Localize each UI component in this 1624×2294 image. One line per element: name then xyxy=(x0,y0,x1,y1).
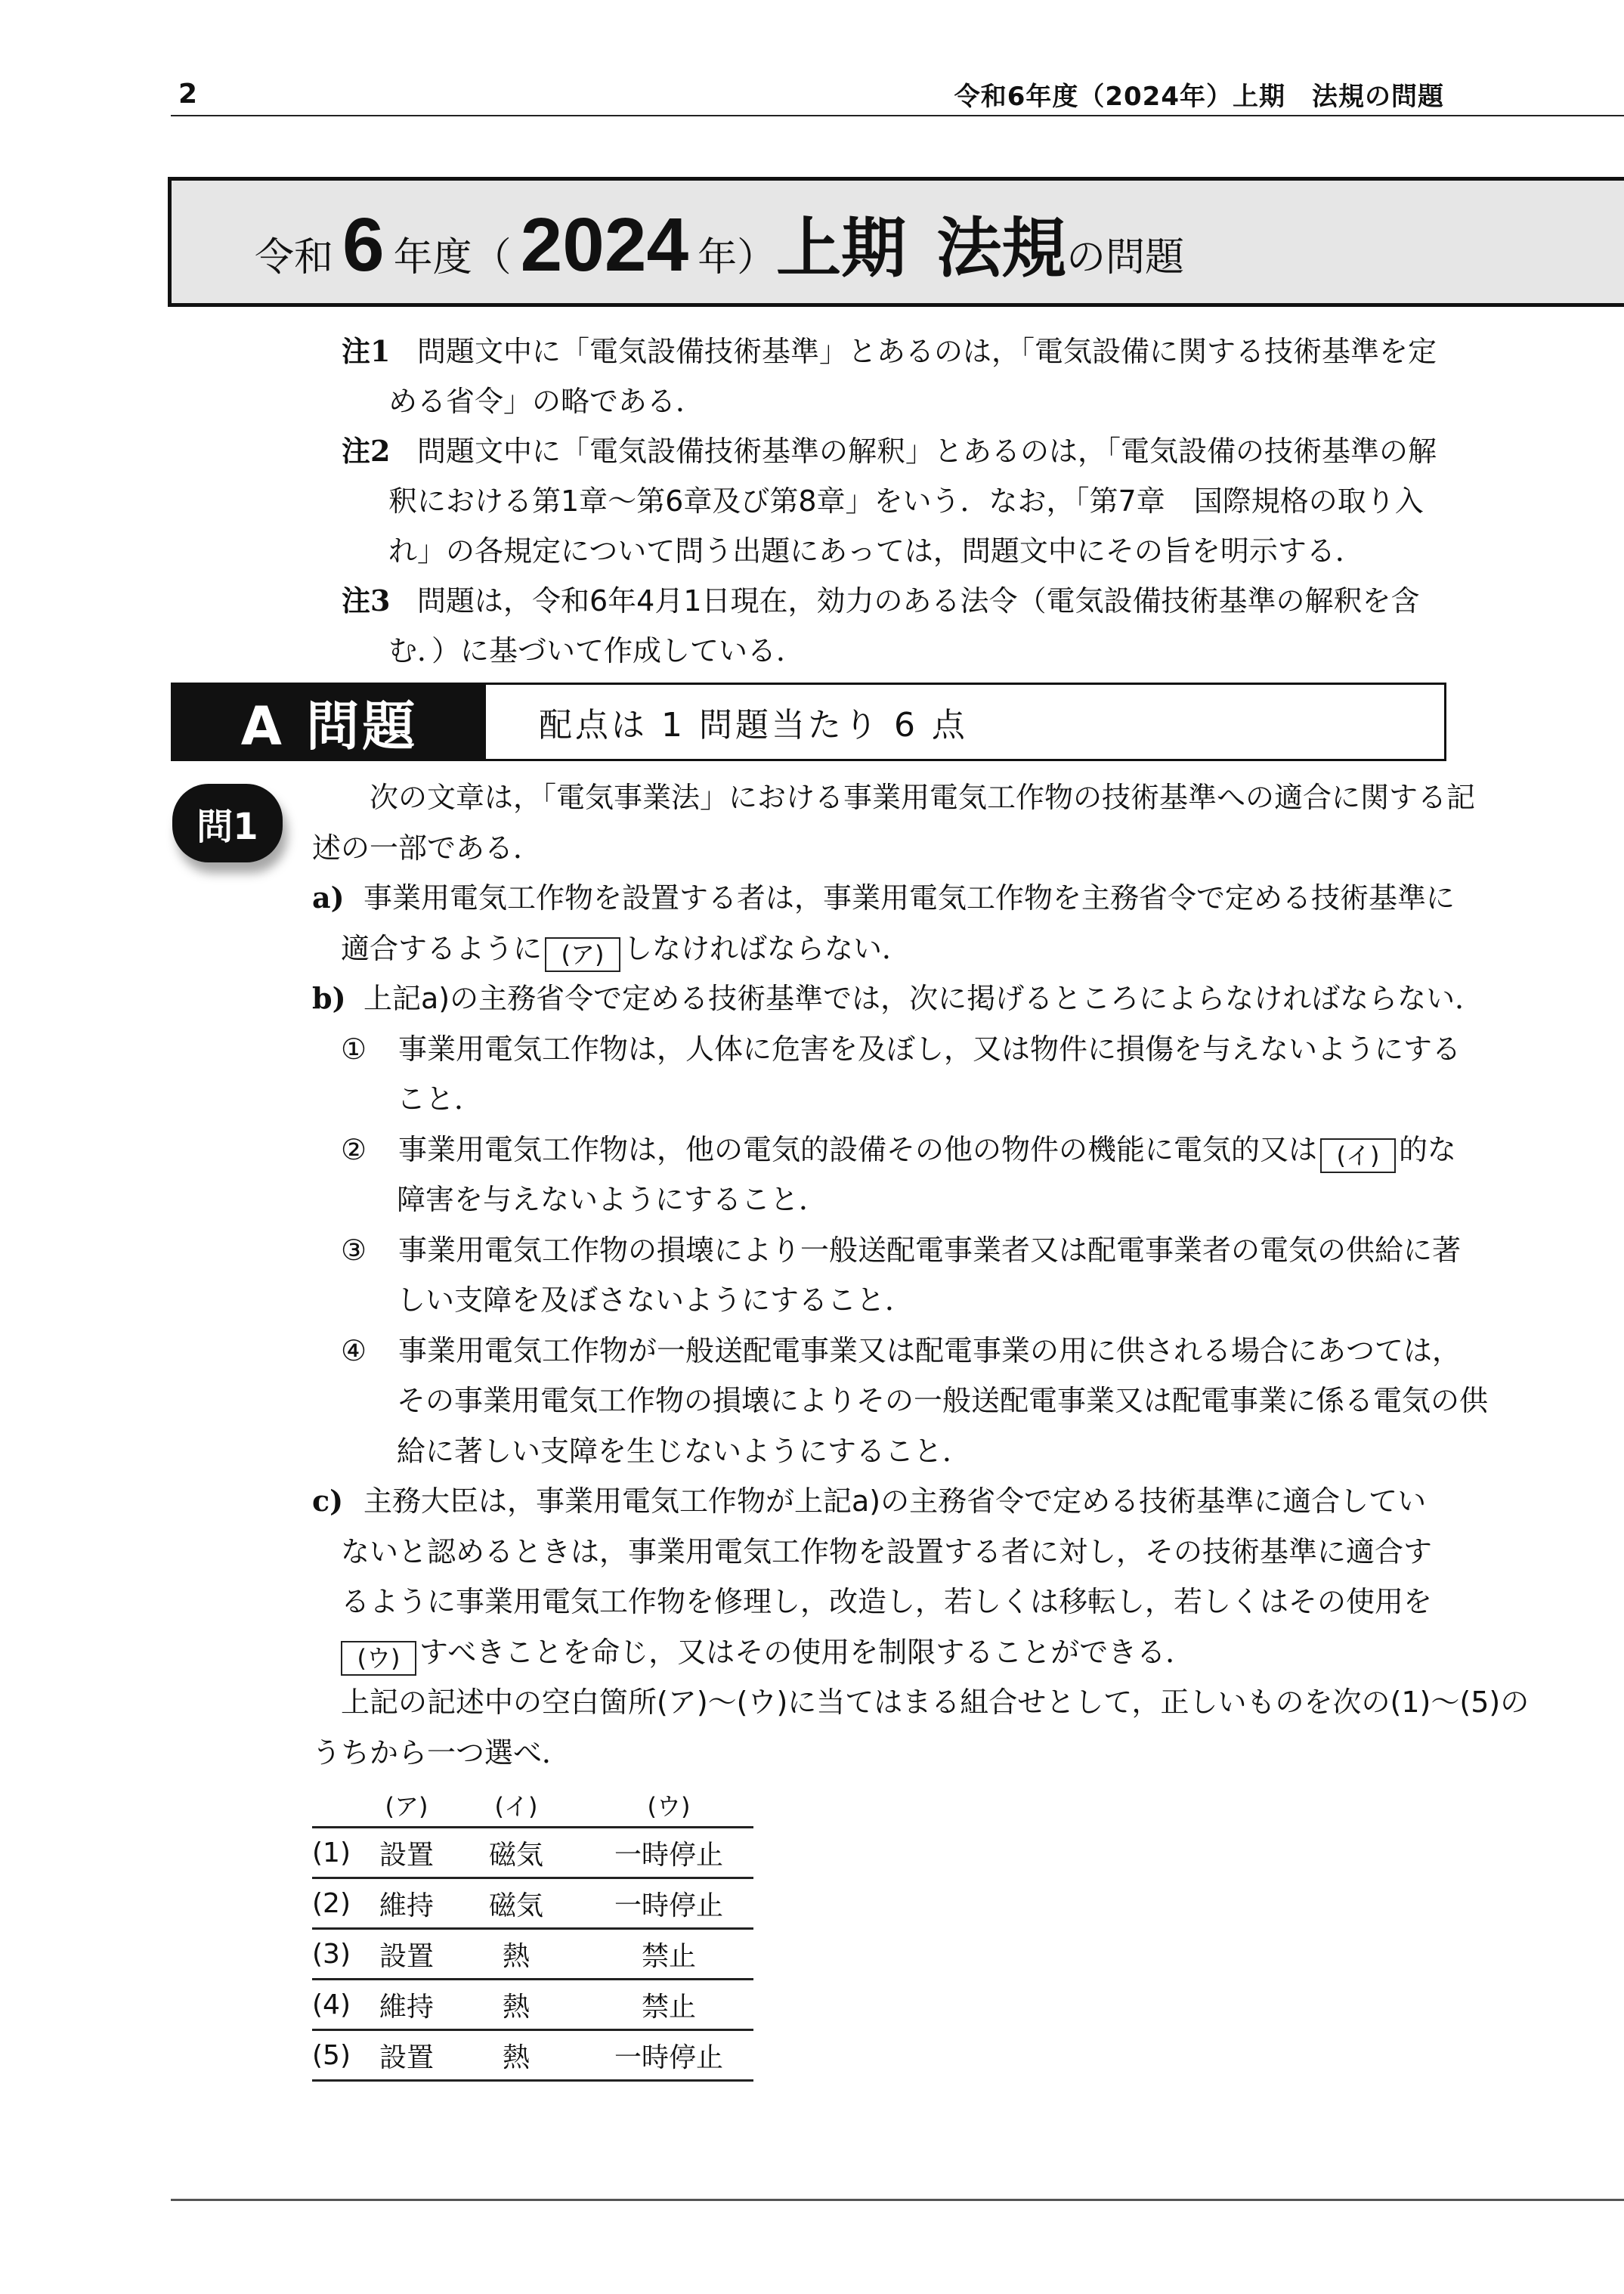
page-title-box: 令和 6 年度（ 2024 年） 上期 法規 の問題 xyxy=(168,177,1624,307)
item-text: 的な xyxy=(1399,1133,1456,1166)
clause-a-text: 適合するように xyxy=(341,932,542,965)
header-rule xyxy=(171,115,1624,116)
clause-c-line: c)主務大臣は，事業用電気工作物が上記a)の主務省令で定める技術基準に適合してい xyxy=(312,1476,1446,1527)
clause-c-text: すべきことを命じ，又はその使用を制限することができる． xyxy=(419,1636,1194,1669)
prompt-line: 上記の記述中の空白箇所(ア)～(ウ)に当てはまる組合せとして，正しいものを次の(… xyxy=(312,1677,1446,1728)
question-body: 次の文章は，「電気事業法」における事業用電気工作物の技術基準への適合に関する記 … xyxy=(312,772,1446,1778)
note-item: 注1問題文中に「電気設備技術基準」とあるのは，「電気設備に関する技術基準を定める… xyxy=(342,327,1445,426)
cell: 熱 xyxy=(448,1929,584,1980)
cell: 禁止 xyxy=(584,1929,753,1980)
clause-c-line: るように事業用電気工作物を修理し，改造し，若しくは移転し，若しくはその使用を xyxy=(312,1577,1446,1627)
item-mark: ① xyxy=(341,1024,398,1075)
title-suffix: の問題 xyxy=(1066,225,1184,282)
cell: 熱 xyxy=(448,2030,584,2081)
table-row[interactable]: (5) 設置 熱 一時停止 xyxy=(312,2030,753,2081)
note-item: 注3問題は，令和6年4月1日現在，効力のある法令（電気設備技術基準の解釈を含む．… xyxy=(342,576,1445,676)
title-subject: 法規 xyxy=(936,196,1066,289)
clause-b-text: 上記a)の主務省令で定める技術基準では，次に掲げるところによらなければならない． xyxy=(363,982,1483,1015)
cell: 設置 xyxy=(365,2030,448,2081)
answer-choices-table: (ア) (イ) (ウ) (1) 設置 磁気 一時停止 (2) 維持 磁気 一時停… xyxy=(312,1784,753,2082)
clause-c-line: ないと認めるときは，事業用電気工作物を設置する者に対し，その技術基準に適合す xyxy=(312,1527,1446,1577)
note-item: 注2問題文中に「電気設備技術基準の解釈」とあるのは，「電気設備の技術基準の解釈に… xyxy=(342,426,1445,576)
item-1-line: ①事業用電気工作物は，人体に危害を及ぼし，又は物件に損傷を与えないようにする xyxy=(312,1024,1446,1075)
title-term: 上期 xyxy=(776,196,906,289)
cell: 維持 xyxy=(365,1980,448,2030)
title-era: 令和 xyxy=(255,225,333,282)
item-4-line: 給に著しい支障を生じないようにすること． xyxy=(312,1426,1446,1477)
cell: 一時停止 xyxy=(584,1828,753,1878)
clause-b-label: b) xyxy=(312,974,363,1024)
notes-list: 注1問題文中に「電気設備技術基準」とあるのは，「電気設備に関する技術基準を定める… xyxy=(342,327,1445,676)
column-header: (ウ) xyxy=(584,1784,753,1828)
table-header-row: (ア) (イ) (ウ) xyxy=(312,1784,753,1828)
item-text: 事業用電気工作物の損壊により一般送配電事業者又は配電事業者の電気の供給に著 xyxy=(398,1234,1461,1267)
clause-a-text: しなければならない． xyxy=(623,932,911,965)
question-number-badge: 問1 xyxy=(172,784,283,862)
choice-number: (1) xyxy=(312,1828,365,1878)
blank-u-box: (ウ) xyxy=(341,1641,416,1676)
blank-i-box: (イ) xyxy=(1320,1138,1396,1173)
title-year-close: 年） xyxy=(698,225,776,282)
item-text: 事業用電気工作物が一般送配電事業又は配電事業の用に供される場合にあつては， xyxy=(398,1334,1461,1367)
cell: 禁止 xyxy=(584,1980,753,2030)
item-4-line: その事業用電気工作物の損壊によりその一般送配電事業又は配電事業に係る電気の供 xyxy=(312,1376,1446,1426)
clause-a-line: a)事業用電気工作物を設置する者は，事業用電気工作物を主務省令で定める技術基準に xyxy=(312,873,1446,924)
intro-line: 述の一部である． xyxy=(312,823,1446,874)
table-row[interactable]: (4) 維持 熱 禁止 xyxy=(312,1980,753,2030)
cell: 一時停止 xyxy=(584,2030,753,2081)
table-row[interactable]: (2) 維持 磁気 一時停止 xyxy=(312,1878,753,1929)
cell: 一時停止 xyxy=(584,1878,753,1929)
title-era-year: 6 xyxy=(342,202,385,289)
choice-number: (3) xyxy=(312,1929,365,1980)
clause-c-text: 主務大臣は，事業用電気工作物が上記a)の主務省令で定める技術基準に適合してい xyxy=(363,1484,1426,1518)
prompt-line: うちから一つ選べ． xyxy=(312,1728,1446,1779)
section-label: A 問題 xyxy=(173,685,486,759)
page-number: 2 xyxy=(178,79,197,110)
column-header: (イ) xyxy=(448,1784,584,1828)
table-row[interactable]: (1) 設置 磁気 一時停止 xyxy=(312,1828,753,1878)
clause-a-text: 事業用電気工作物を設置する者は，事業用電気工作物を主務省令で定める技術基準に xyxy=(363,881,1455,915)
cell: 磁気 xyxy=(448,1878,584,1929)
choice-number: (4) xyxy=(312,1980,365,2030)
item-2-line: 障害を与えないようにすること． xyxy=(312,1175,1446,1225)
choice-number: (2) xyxy=(312,1878,365,1929)
cell: 設置 xyxy=(365,1929,448,1980)
column-header: (ア) xyxy=(365,1784,448,1828)
note-label: 注3 xyxy=(342,576,417,626)
note-label: 注2 xyxy=(342,426,417,476)
item-4-line: ④事業用電気工作物が一般送配電事業又は配電事業の用に供される場合にあつては， xyxy=(312,1326,1446,1376)
item-3-line: しい支障を及ぼさないようにすること． xyxy=(312,1275,1446,1326)
title-western-year: 2024 xyxy=(521,202,688,289)
section-scoring: 配点は 1 問題当たり 6 点 xyxy=(486,685,1444,759)
title-year-label: 年度（ xyxy=(394,225,512,282)
choice-number: (5) xyxy=(312,2030,365,2081)
section-banner: A 問題 配点は 1 問題当たり 6 点 xyxy=(171,683,1446,761)
blank-a-box: (ア) xyxy=(545,937,620,972)
running-header-title: 令和6年度（2024年）上期 法規の問題 xyxy=(954,76,1444,113)
note-text: 問題は，令和6年4月1日現在，効力のある法令（電気設備技術基準の解釈を含む．）に… xyxy=(388,584,1420,667)
item-text: 事業用電気工作物は，他の電気的設備その他の物件の機能に電気的又は xyxy=(398,1133,1317,1166)
item-mark: ④ xyxy=(341,1326,398,1376)
clause-a-label: a) xyxy=(312,873,363,924)
footer-rule xyxy=(171,2199,1624,2201)
table-row[interactable]: (3) 設置 熱 禁止 xyxy=(312,1929,753,1980)
item-mark: ② xyxy=(341,1125,398,1175)
clause-b-line: b)上記a)の主務省令で定める技術基準では，次に掲げるところによらなければならな… xyxy=(312,974,1446,1024)
column-header xyxy=(312,1784,365,1828)
clause-c-line: (ウ)すべきことを命じ，又はその使用を制限することができる． xyxy=(312,1627,1446,1678)
note-label: 注1 xyxy=(342,327,417,376)
cell: 熱 xyxy=(448,1980,584,2030)
cell: 維持 xyxy=(365,1878,448,1929)
clause-a-line: 適合するように(ア)しなければならない． xyxy=(312,924,1446,974)
item-text: 事業用電気工作物は，人体に危害を及ぼし，又は物件に損傷を与えないようにする xyxy=(398,1032,1461,1066)
clause-c-label: c) xyxy=(312,1476,363,1527)
cell: 設置 xyxy=(365,1828,448,1878)
cell: 磁気 xyxy=(448,1828,584,1878)
item-mark: ③ xyxy=(341,1225,398,1276)
item-2-line: ②事業用電気工作物は，他の電気的設備その他の物件の機能に電気的又は(イ)的な xyxy=(312,1125,1446,1175)
note-text: 問題文中に「電気設備技術基準」とあるのは，「電気設備に関する技術基準を定める省令… xyxy=(388,335,1437,418)
intro-line: 次の文章は，「電気事業法」における事業用電気工作物の技術基準への適合に関する記 xyxy=(312,772,1446,823)
note-text: 問題文中に「電気設備技術基準の解釈」とあるのは，「電気設備の技術基準の解釈におけ… xyxy=(388,435,1437,568)
item-3-line: ③事業用電気工作物の損壊により一般送配電事業者又は配電事業者の電気の供給に著 xyxy=(312,1225,1446,1276)
item-1-line: こと． xyxy=(312,1074,1446,1125)
page-title: 令和 6 年度（ 2024 年） 上期 法規 の問題 xyxy=(255,196,1184,289)
